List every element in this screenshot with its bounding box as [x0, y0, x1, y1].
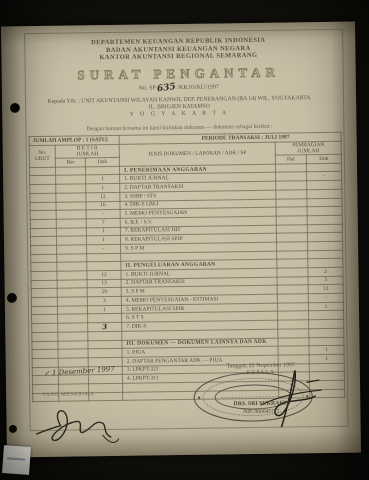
cell — [56, 219, 86, 228]
number-prefix: No. SP — [139, 85, 156, 91]
cell — [31, 263, 57, 272]
col-pembagian: PEMBAGIAN JUMLAH — [275, 141, 341, 155]
photo-background: DEPARTEMEN KEUANGAN REPUBLIK INDONESIA B… — [0, 0, 369, 480]
col-ber: Ber — [55, 158, 85, 167]
cell — [32, 332, 58, 341]
cell — [30, 202, 56, 211]
cell — [29, 167, 55, 176]
cell — [57, 297, 87, 306]
cell — [57, 262, 87, 271]
cell — [58, 314, 88, 323]
cell — [56, 227, 86, 236]
cell — [56, 210, 86, 219]
cell — [30, 184, 56, 193]
receiver-signature — [32, 399, 138, 450]
punch-hole-bottom — [9, 425, 17, 433]
cell — [32, 341, 58, 350]
kepala-signature — [221, 362, 332, 434]
cell — [31, 306, 57, 315]
cell — [31, 271, 57, 280]
cell — [31, 297, 57, 306]
col-betir: B E T I R JUMLAH — [55, 144, 119, 158]
number-suffix: /KR.03/KU/1997 — [177, 84, 219, 91]
cell — [56, 236, 86, 245]
cell — [57, 271, 87, 280]
cell — [31, 254, 57, 263]
cell — [32, 349, 58, 358]
cell — [31, 245, 57, 254]
col-jenis: JENIS DOKUMEN / LAPORAN / ADK / SP — [119, 142, 275, 166]
archive-label — [2, 445, 31, 475]
cell — [30, 228, 56, 237]
cell — [32, 323, 58, 332]
col-no-line2: URUT — [32, 156, 53, 162]
document-paper: DEPARTEMEN KEUANGAN REPUBLIK INDONESIA B… — [1, 22, 361, 458]
cell — [57, 280, 87, 289]
receiver-label: YANG MENERIMA — [42, 391, 94, 398]
cell — [30, 237, 56, 246]
cell — [31, 289, 57, 298]
cell — [57, 245, 87, 254]
cell — [30, 176, 56, 185]
cell — [277, 259, 308, 268]
cell — [57, 253, 87, 262]
cell — [32, 315, 58, 324]
cell — [32, 358, 58, 367]
cell — [57, 288, 87, 297]
cell — [55, 167, 85, 176]
cell — [31, 280, 57, 289]
cell — [58, 323, 88, 332]
punch-hole-top — [10, 103, 20, 113]
cell — [30, 193, 56, 202]
col-no-urut: No. URUT — [29, 145, 55, 167]
cell — [57, 306, 87, 315]
cell — [30, 219, 56, 228]
cell — [30, 210, 56, 219]
cell — [277, 250, 308, 259]
punch-hole-middle — [7, 293, 17, 303]
